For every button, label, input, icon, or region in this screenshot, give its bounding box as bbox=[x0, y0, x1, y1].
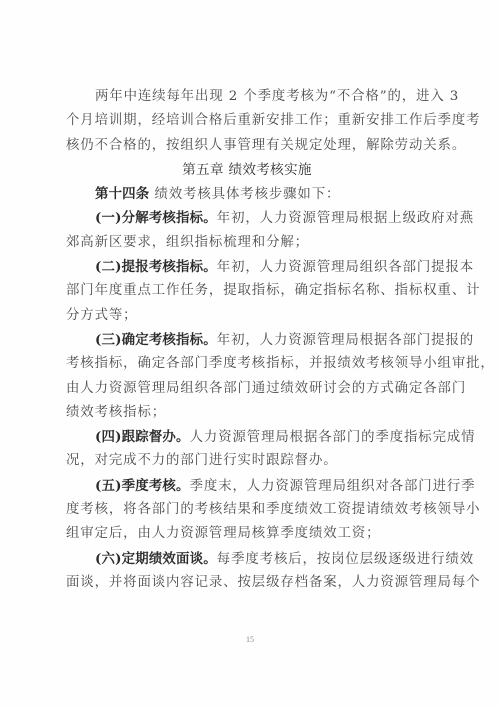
paragraph-line: 部门年度重点工作任务，提取指标，确定指标名称、指标权重、计 bbox=[66, 279, 428, 303]
paragraph-line: 面谈，并将面谈内容记录、按层级存档备案，人力资源管理局每个 bbox=[66, 571, 428, 595]
article-line: 第十四条 绩效考核具体考核步骤如下： bbox=[66, 182, 428, 206]
paragraph-line: 况，对完成不力的部门进行实时跟踪督办。 bbox=[66, 449, 428, 473]
step-3-label: (三)确定考核指标。 bbox=[95, 332, 217, 348]
step-4-label: (四)跟踪督办。 bbox=[95, 429, 190, 445]
article-label: 第十四条 bbox=[95, 186, 149, 202]
paragraph-line: 度考核，将各部门的考核结果和季度绩效工资提请绩效考核领导小 bbox=[66, 498, 428, 522]
step-2-label: (二)提报考核指标。 bbox=[95, 259, 217, 275]
step-1-text: 年初，人力资源管理局根据上级政府对燕 bbox=[217, 211, 474, 226]
step-5-label: (五)季度考核。 bbox=[95, 478, 190, 494]
paragraph-line: 绩效考核指标； bbox=[66, 401, 428, 425]
step-6-label: (六)定期绩效面谈。 bbox=[95, 551, 217, 567]
step-4-first-line: (四)跟踪督办。人力资源管理局根据各部门的季度指标完成情 bbox=[66, 425, 428, 449]
paragraph-line: 郊高新区要求，组织指标梳理和分解； bbox=[66, 231, 428, 255]
step-6-first-line: (六)定期绩效面谈。每季度考核后，按岗位层级逐级进行绩效 bbox=[66, 547, 428, 571]
step-2-text: 年初，人力资源管理局组织各部门提报本 bbox=[217, 260, 474, 275]
paragraph-line: 由人力资源管理局组织各部门通过绩效研讨会的方式确定各部门 bbox=[66, 377, 428, 401]
paragraph-line: 分方式等； bbox=[66, 304, 428, 328]
step-6-text: 每季度考核后，按岗位层级逐级进行绩效 bbox=[217, 552, 474, 567]
article-text: 绩效考核具体考核步骤如下： bbox=[149, 187, 340, 202]
step-3-first-line: (三)确定考核指标。年初，人力资源管理局根据各部门提报的 bbox=[66, 328, 428, 352]
step-1-first-line: (一)分解考核指标。年初，人力资源管理局根据上级政府对燕 bbox=[66, 206, 428, 230]
paragraph-line: 个月培训期，经培训合格后重新安排工作；重新安排工作后季度考 bbox=[66, 109, 428, 133]
page-content: 两年中连续每年出现 2 个季度考核为“不合格”的，进入 3 个月培训期，经培训合… bbox=[66, 85, 428, 595]
page-number: 15 bbox=[0, 635, 500, 644]
step-3-text: 年初，人力资源管理局根据各部门提报的 bbox=[217, 333, 474, 348]
step-1-label: (一)分解考核指标。 bbox=[95, 210, 217, 226]
step-5-first-line: (五)季度考核。季度末，人力资源管理局组织对各部门进行季 bbox=[66, 474, 428, 498]
paragraph-line: 两年中连续每年出现 2 个季度考核为“不合格”的，进入 3 bbox=[66, 85, 428, 109]
document-page: 两年中连续每年出现 2 个季度考核为“不合格”的，进入 3 个月培训期，经培训合… bbox=[0, 0, 500, 707]
paragraph-line: 核仍不合格的，按组织人事管理有关规定处理，解除劳动关系。 bbox=[66, 134, 428, 158]
chapter-heading: 第五章 绩效考核实施 bbox=[66, 158, 428, 182]
paragraph-line: 组审定后，由人力资源管理局核算季度绩效工资； bbox=[66, 522, 428, 546]
step-5-text: 季度末，人力资源管理局组织对各部门进行季 bbox=[190, 479, 476, 494]
paragraph-line: 考核指标，确定各部门季度考核指标，并报绩效考核领导小组审批， bbox=[66, 352, 428, 376]
step-2-first-line: (二)提报考核指标。年初，人力资源管理局组织各部门提报本 bbox=[66, 255, 428, 279]
step-4-text: 人力资源管理局根据各部门的季度指标完成情 bbox=[190, 430, 476, 445]
